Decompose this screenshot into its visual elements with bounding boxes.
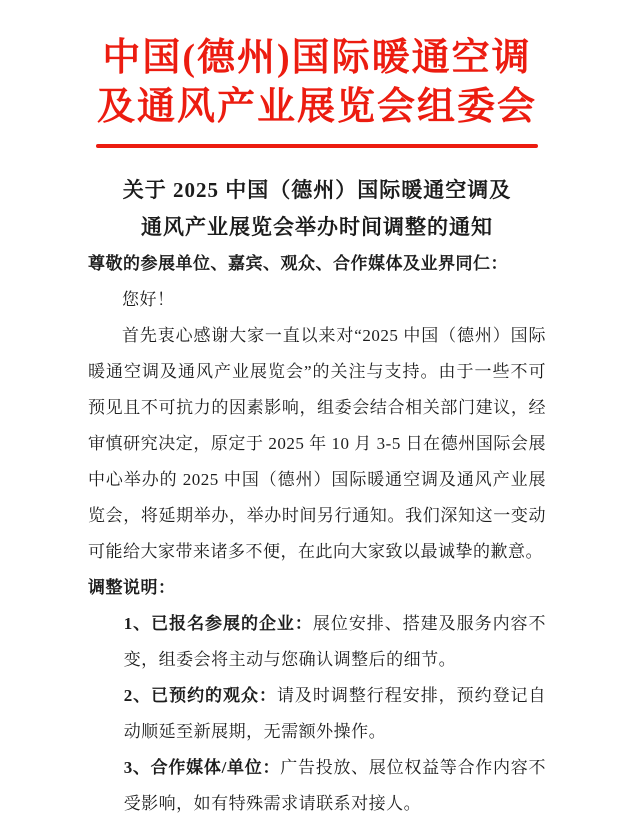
item-label: 已预约的观众： (151, 686, 277, 705)
notice-title-line-1: 关于 2025 中国（德州）国际暖通空调及 (0, 172, 634, 209)
item-label: 已报名参展的企业： (151, 614, 313, 633)
notice-document-page: 中国(德州)国际暖通空调 及通风产业展览会组委会 关于 2025 中国（德州）国… (0, 0, 634, 836)
notice-title-line-2: 通风产业展览会举办时间调整的通知 (0, 209, 634, 246)
list-item: 3、合作媒体/单位：广告投放、展位权益等合作内容不受影响，如有特殊需求请联系对接… (124, 750, 546, 822)
item-number: 2、 (124, 686, 151, 705)
item-number: 1、 (124, 614, 151, 633)
body-paragraph: 首先衷心感谢大家一直以来对“2025 中国（德州）国际暖通空调及通风产业展览会”… (88, 318, 546, 570)
item-label: 合作媒体/单位： (151, 758, 281, 777)
organizer-title-line-1: 中国(德州)国际暖通空调 (0, 34, 634, 83)
letterhead: 中国(德州)国际暖通空调 及通风产业展览会组委会 (0, 34, 634, 132)
item-number: 3、 (124, 758, 151, 777)
letter-body: 尊敬的参展单位、嘉宾、观众、合作媒体及业界同仁： 您好！ 首先衷心感谢大家一直以… (0, 246, 634, 822)
adjustment-items-list: 1、已报名参展的企业：展位安排、搭建及服务内容不变，组委会将主动与您确认调整后的… (88, 606, 546, 822)
letterhead-rule-divider (96, 144, 538, 148)
organizer-title-line-2: 及通风产业展览会组委会 (0, 83, 634, 132)
notice-title: 关于 2025 中国（德州）国际暖通空调及 通风产业展览会举办时间调整的通知 (0, 172, 634, 246)
greeting: 您好！ (88, 282, 546, 318)
salutation: 尊敬的参展单位、嘉宾、观众、合作媒体及业界同仁： (88, 246, 546, 282)
list-item: 1、已报名参展的企业：展位安排、搭建及服务内容不变，组委会将主动与您确认调整后的… (124, 606, 546, 678)
section-heading: 调整说明： (88, 570, 546, 606)
list-item: 2、已预约的观众：请及时调整行程安排，预约登记自动顺延至新展期，无需额外操作。 (124, 678, 546, 750)
